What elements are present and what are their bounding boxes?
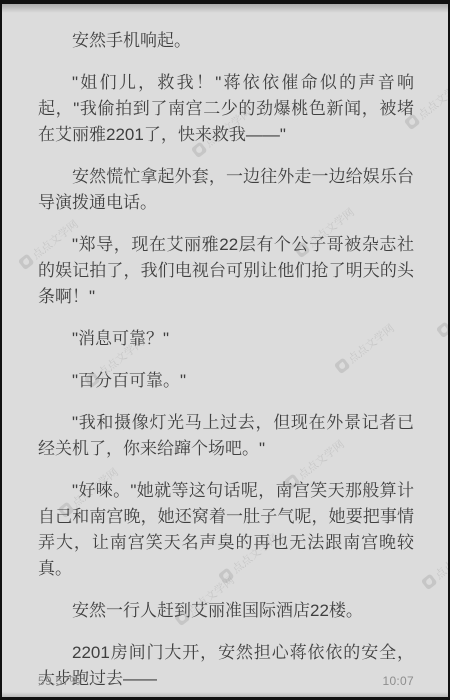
paragraph: "姐们儿，救我！"蒋依依催命似的声音响起，"我偷拍到了南宫二少的劲爆桃色新闻，被… (38, 70, 414, 148)
paragraph: 安然手机响起。 (38, 28, 414, 54)
paragraph: "百分百可靠。" (38, 368, 414, 394)
phone-screen-frame: 点点文学网点点文学网点点文学网点点文学网点点文学网点点文学网点点文学网点点文学网… (0, 0, 450, 700)
paragraph: 安然一行人赶到艾丽准国际酒店22楼。 (38, 598, 414, 624)
paragraph: "消息可靠？" (38, 326, 414, 352)
reader-page[interactable]: 点点文学网点点文学网点点文学网点点文学网点点文学网点点文学网点点文学网点点文学网… (2, 4, 448, 697)
reader-status-bar: 59.57% 10:07 (38, 674, 414, 688)
reading-progress: 59.57% (38, 674, 81, 688)
clock: 10:07 (382, 674, 414, 688)
paragraph: "我和摄像灯光马上过去，但现在外景记者已经关机了，你来给蹿个场吧。" (38, 410, 414, 462)
paragraph: "好唻。"她就等这句话呢，南宫笑天那般算计自己和南宫晚，她还窝着一肚子气呢，她要… (38, 478, 414, 582)
paragraph: 安然慌忙拿起外套，一边往外走一边给娱乐台导演拨通电话。 (38, 164, 414, 216)
paragraph: "郑导，现在艾丽雅22层有个公子哥被杂志社的娱记拍了，我们电视台可别让他们抢了明… (38, 232, 414, 310)
novel-text: 安然手机响起。 "姐们儿，救我！"蒋依依催命似的声音响起，"我偷拍到了南宫二少的… (2, 4, 448, 692)
